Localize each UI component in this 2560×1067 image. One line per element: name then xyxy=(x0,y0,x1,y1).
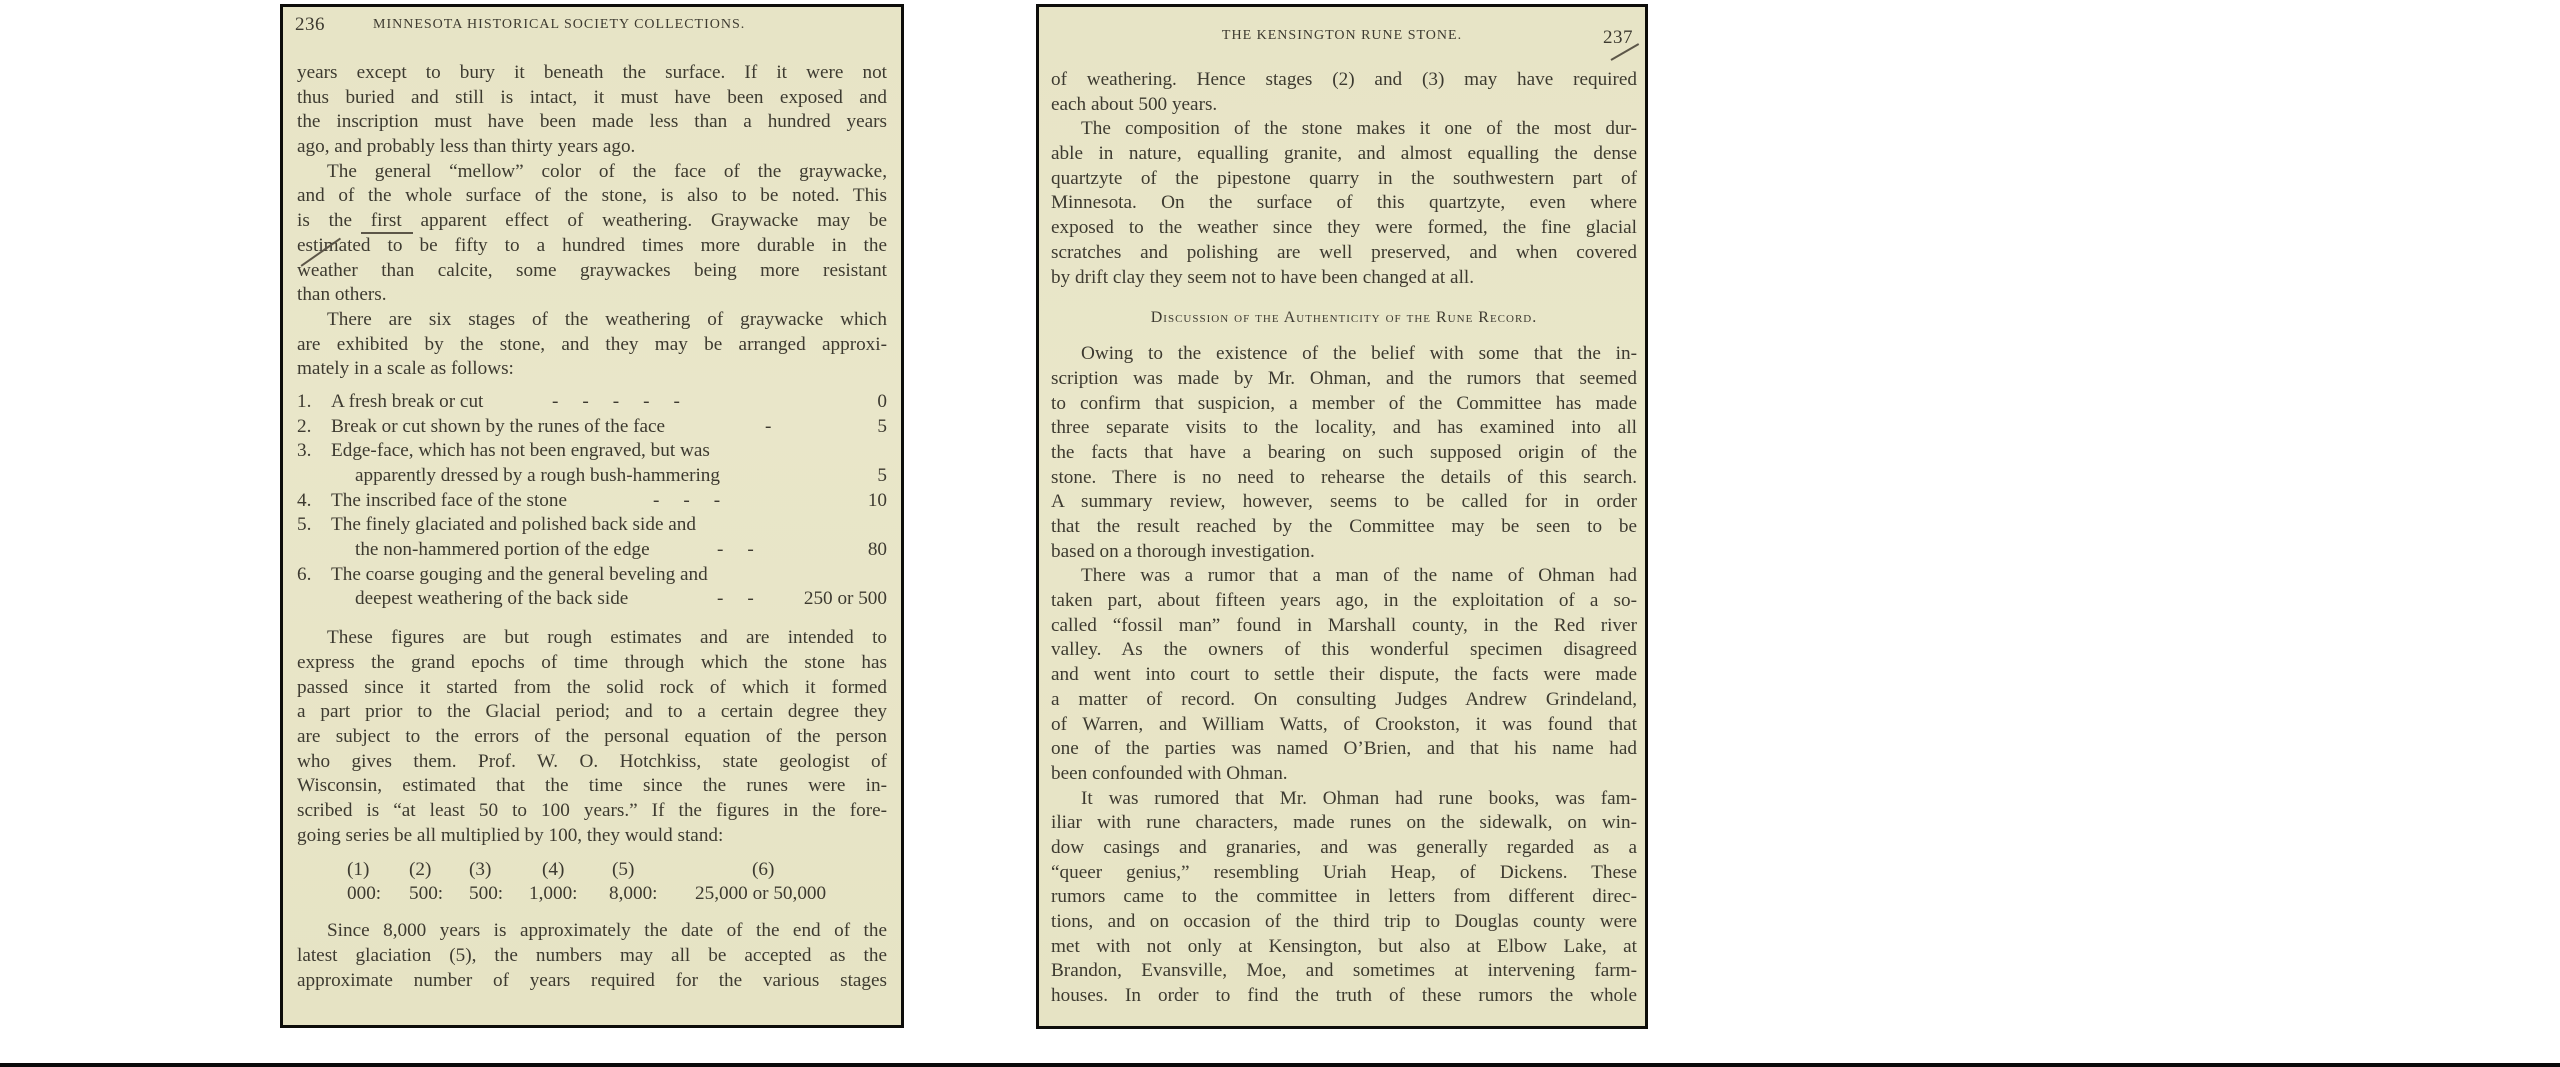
series-value: 25,000 or 50,000 xyxy=(695,882,826,907)
leader-dots: - - - - - xyxy=(552,390,680,415)
leader-dots: - - xyxy=(717,538,754,563)
paragraph: years except to bury it beneath the surf… xyxy=(297,61,887,160)
text-line: These figures are but rough estimates an… xyxy=(297,626,887,651)
text-line: There are six stages of the weathering o… xyxy=(297,308,887,333)
scale-item: 1. A fresh break or cut - - - - - 0 xyxy=(297,390,887,415)
text-line: dow casings and granaries, and was gener… xyxy=(1051,836,1637,861)
text-line: exposed to the weather since they were f… xyxy=(1051,216,1637,241)
running-head: 236 MINNESOTA HISTORICAL SOCIETY COLLECT… xyxy=(295,15,889,37)
text-line: that the result reached by the Committee… xyxy=(1051,515,1637,540)
series-value: 500: xyxy=(469,882,503,907)
text-line: It was rumored that Mr. Ohman had rune b… xyxy=(1051,787,1637,812)
text-line: the inscription must have been made less… xyxy=(297,110,887,135)
text-line: by drift clay they seem not to have been… xyxy=(1051,266,1637,291)
scale-item: 5. The finely glaciated and polished bac… xyxy=(297,513,887,538)
text-line: been confounded with Ohman. xyxy=(1051,762,1637,787)
text-line: approximate number of years required for… xyxy=(297,969,887,994)
series-label: (5) xyxy=(612,858,634,883)
text-line: able in nature, equalling granite, and a… xyxy=(1051,142,1637,167)
paragraph: Owing to the existence of the belief wit… xyxy=(1051,342,1637,564)
item-value: 0 xyxy=(877,390,887,415)
text-line: met with not only at Kensington, but als… xyxy=(1051,935,1637,960)
series-label: (4) xyxy=(542,858,564,883)
item-number: 5. xyxy=(297,513,311,538)
text-line: The general “mellow” color of the face o… xyxy=(297,160,887,185)
text-line: to confirm that suspicion, a member of t… xyxy=(1051,392,1637,417)
text-line: thus buried and still is intact, it must… xyxy=(297,86,887,111)
running-title: MINNESOTA HISTORICAL SOCIETY COLLECTIONS… xyxy=(373,17,745,33)
text-line: than others. xyxy=(297,283,887,308)
paragraph: The composition of the stone makes it on… xyxy=(1051,117,1637,290)
page-body: years except to bury it beneath the surf… xyxy=(297,61,887,993)
running-title: THE KENSINGTON RUNE STONE. xyxy=(1051,28,1633,44)
text-line: and went into court to settle their disp… xyxy=(1051,663,1637,688)
leader-dots: - - xyxy=(717,587,754,612)
text-line: estimated to be fifty to a hundred times… xyxy=(297,234,887,259)
text-line: A summary review, however, seems to be c… xyxy=(1051,490,1637,515)
left-book-page: 236 MINNESOTA HISTORICAL SOCIETY COLLECT… xyxy=(280,4,904,1028)
text-line: rumors came to the committee in letters … xyxy=(1051,885,1637,910)
text-line: is the first apparent effect of weatheri… xyxy=(297,209,887,234)
paragraph: There are six stages of the weathering o… xyxy=(297,308,887,382)
paragraph: Since 8,000 years is approximately the d… xyxy=(297,919,887,993)
item-value: 250 or 500 xyxy=(804,587,887,612)
text-line: a part prior to the Glacial period; and … xyxy=(297,700,887,725)
paragraph: There was a rumor that a man of the name… xyxy=(1051,564,1637,786)
item-text: the non-hammered portion of the edge xyxy=(355,538,650,563)
text-line: of Warren, and William Watts, of Crookst… xyxy=(1051,713,1637,738)
text-line: scription was made by Mr. Ohman, and the… xyxy=(1051,367,1637,392)
series-value: 500: xyxy=(409,882,443,907)
scale-item-continuation: deepest weathering of the back side - - … xyxy=(297,587,887,612)
scale-item: 6. The coarse gouging and the general be… xyxy=(297,563,887,588)
item-text: The inscribed face of the stone xyxy=(331,489,567,514)
text-line: passed since it started from the solid r… xyxy=(297,676,887,701)
text-line: The composition of the stone makes it on… xyxy=(1051,117,1637,142)
bottom-divider xyxy=(0,1063,2560,1067)
item-text: Edge-face, which has not been engraved, … xyxy=(331,439,710,464)
item-text: deepest weathering of the back side xyxy=(355,587,628,612)
paragraph: These figures are but rough estimates an… xyxy=(297,626,887,848)
text-line: Since 8,000 years is approximately the d… xyxy=(297,919,887,944)
scale-item-continuation: the non-hammered portion of the edge - -… xyxy=(297,538,887,563)
text-line: quartzyte of the pipestone quarry in the… xyxy=(1051,167,1637,192)
text-line: ago, and probably less than thirty years… xyxy=(297,135,887,160)
page-number: 237 xyxy=(1603,27,1633,49)
scale-item: 3. Edge-face, which has not been engrave… xyxy=(297,439,887,464)
item-text: apparently dressed by a rough bush-hamme… xyxy=(355,464,720,489)
item-number: 2. xyxy=(297,415,311,440)
text-line: called “fossil man” found in Marshall co… xyxy=(1051,614,1637,639)
text-line: stone. There is no need to rehearse the … xyxy=(1051,466,1637,491)
item-value: 80 xyxy=(868,538,887,563)
text-line: one of the parties was named O’Brien, an… xyxy=(1051,737,1637,762)
text-line: based on a thorough investigation. xyxy=(1051,540,1637,565)
text-line: taken part, about fifteen years ago, in … xyxy=(1051,589,1637,614)
item-text: The finely glaciated and polished back s… xyxy=(331,513,696,538)
scale-item-continuation: apparently dressed by a rough bush-hamme… xyxy=(297,464,887,489)
item-number: 3. xyxy=(297,439,311,464)
item-text: The coarse gouging and the general bevel… xyxy=(331,563,708,588)
text-line: houses. In order to find the truth of th… xyxy=(1051,984,1637,1009)
series-label: (1) xyxy=(347,858,369,883)
item-value: 10 xyxy=(868,489,887,514)
paragraph: of weathering. Hence stages (2) and (3) … xyxy=(1051,68,1637,117)
text-line: Wisconsin, estimated that the time since… xyxy=(297,774,887,799)
text-line: scratches and polishing are well preserv… xyxy=(1051,241,1637,266)
text-line: each about 500 years. xyxy=(1051,93,1637,118)
item-value: 5 xyxy=(877,415,887,440)
page-body: of weathering. Hence stages (2) and (3) … xyxy=(1051,68,1637,1009)
item-number: 4. xyxy=(297,489,311,514)
text-line: There was a rumor that a man of the name… xyxy=(1051,564,1637,589)
item-text: A fresh break or cut xyxy=(331,390,483,415)
leader-dots: - - - xyxy=(653,489,720,514)
item-number: 1. xyxy=(297,390,311,415)
text-line: going series be all multiplied by 100, t… xyxy=(297,824,887,849)
series-label: (2) xyxy=(409,858,431,883)
text-line: mately in a scale as follows: xyxy=(297,357,887,382)
text-line: Minnesota. On the surface of this quartz… xyxy=(1051,191,1637,216)
weathering-scale-list: 1. A fresh break or cut - - - - - 0 2. B… xyxy=(297,390,887,612)
series-value: 1,000: xyxy=(529,882,578,907)
text-line: tions, and on occasion of the third trip… xyxy=(1051,910,1637,935)
leader-dots: - xyxy=(765,415,771,440)
paragraph: It was rumored that Mr. Ohman had rune b… xyxy=(1051,787,1637,1009)
text-line: who gives them. Prof. W. O. Hotchkiss, s… xyxy=(297,750,887,775)
text-line: Owing to the existence of the belief wit… xyxy=(1051,342,1637,367)
text-line: and of the whole surface of the stone, i… xyxy=(297,184,887,209)
text-line: latest glaciation (5), the numbers may a… xyxy=(297,944,887,969)
pencil-underline-mark xyxy=(361,232,413,234)
text-line: a matter of record. On consulting Judges… xyxy=(1051,688,1637,713)
text-line: of weathering. Hence stages (2) and (3) … xyxy=(1051,68,1637,93)
series-value: 000: xyxy=(347,882,381,907)
paragraph: The general “mellow” color of the face o… xyxy=(297,160,887,308)
multiplied-series: (1) (2) (3) (4) (5) (6) 000: 500: 500: 1… xyxy=(297,858,887,907)
running-head: THE KENSINGTON RUNE STONE. 237 xyxy=(1051,15,1633,37)
text-line: “queer genius,” resembling Uriah Heap, o… xyxy=(1051,861,1637,886)
text-line: the facts that have a bearing on such su… xyxy=(1051,441,1637,466)
scale-item: 2. Break or cut shown by the runes of th… xyxy=(297,415,887,440)
item-value: 5 xyxy=(877,464,887,489)
right-book-page: THE KENSINGTON RUNE STONE. 237 of weathe… xyxy=(1036,4,1648,1029)
text-line: three separate visits to the locality, a… xyxy=(1051,416,1637,441)
item-number: 6. xyxy=(297,563,311,588)
text-line: iliar with rune characters, made runes o… xyxy=(1051,811,1637,836)
text-line: express the grand epochs of time through… xyxy=(297,651,887,676)
series-label: (6) xyxy=(752,858,774,883)
page-number: 236 xyxy=(295,14,325,36)
item-text: Break or cut shown by the runes of the f… xyxy=(331,415,665,440)
text-line: are subject to the errors of the persona… xyxy=(297,725,887,750)
text-line: scribed is “at least 50 to 100 years.” I… xyxy=(297,799,887,824)
text-line: Brandon, Evansville, Moe, and sometimes … xyxy=(1051,959,1637,984)
scale-item: 4. The inscribed face of the stone - - -… xyxy=(297,489,887,514)
text-line: years except to bury it beneath the surf… xyxy=(297,61,887,86)
text-line: are exhibited by the stone, and they may… xyxy=(297,333,887,358)
text-line: valley. As the owners of this wonderful … xyxy=(1051,638,1637,663)
series-label: (3) xyxy=(469,858,491,883)
text-line: weather than calcite, some graywackes be… xyxy=(297,259,887,284)
series-value: 8,000: xyxy=(609,882,658,907)
section-heading: Discussion of the Authenticity of the Ru… xyxy=(1051,306,1637,330)
